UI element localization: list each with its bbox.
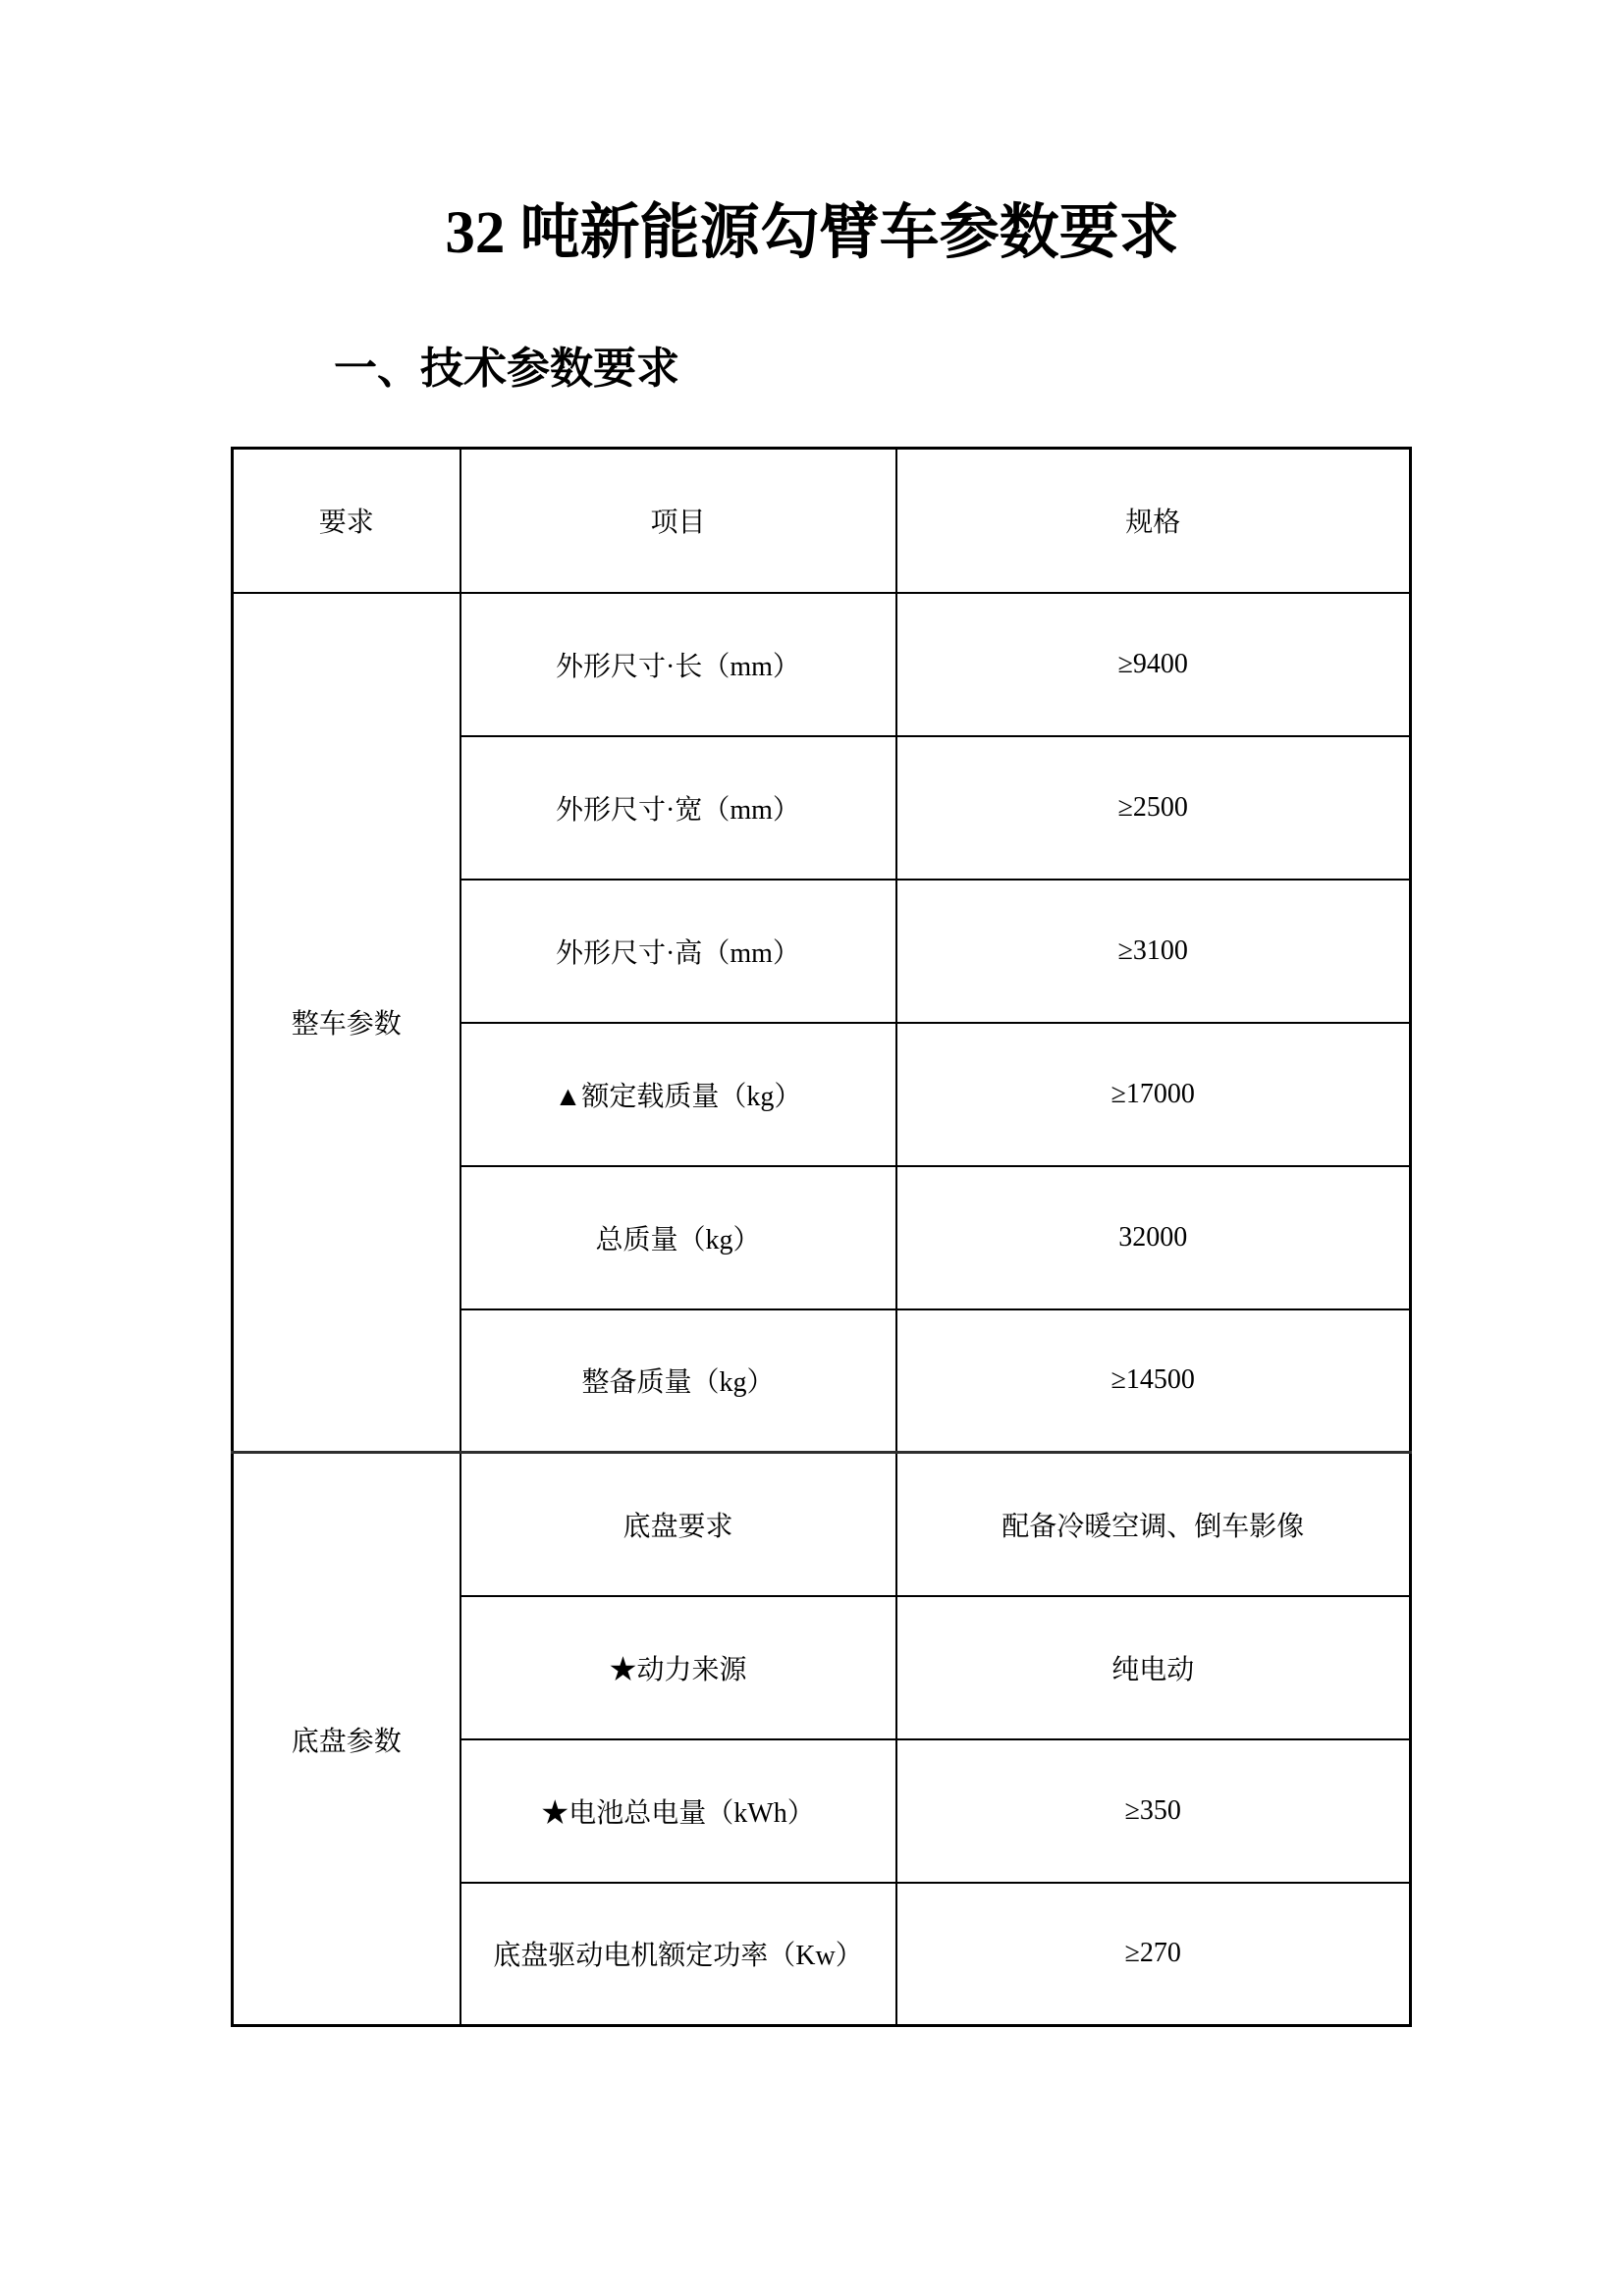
item-cell: 外形尺寸·高（mm） [460, 880, 896, 1023]
item-cell: 底盘要求 [460, 1453, 896, 1596]
item-cell: 外形尺寸·宽（mm） [460, 736, 896, 880]
spec-cell: ≥3100 [896, 880, 1411, 1023]
table-header-row: 要求 项目 规格 [233, 449, 1411, 593]
item-cell: ▲额定载质量（kg） [460, 1023, 896, 1166]
spec-cell: ≥2500 [896, 736, 1411, 880]
document-title: 32 吨新能源勾臂车参数要求 [0, 199, 1624, 268]
section-heading: 一、技术参数要求 [334, 344, 679, 396]
item-cell: ★电池总电量（kWh） [460, 1739, 896, 1883]
document-page: 32 吨新能源勾臂车参数要求 一、技术参数要求 要求 项目 规格 整车参数外形尺… [0, 0, 1624, 2296]
spec-cell: 纯电动 [896, 1596, 1411, 1739]
spec-table-body: 整车参数外形尺寸·长（mm）≥9400外形尺寸·宽（mm）≥2500外形尺寸·高… [233, 593, 1411, 2026]
spec-cell: 配备冷暖空调、倒车影像 [896, 1453, 1411, 1596]
header-cell-spec: 规格 [896, 449, 1411, 593]
table-row: 底盘参数底盘要求配备冷暖空调、倒车影像 [233, 1453, 1411, 1596]
requirement-group-cell: 底盘参数 [233, 1453, 460, 2026]
spec-cell: ≥9400 [896, 593, 1411, 736]
header-cell-requirement: 要求 [233, 449, 460, 593]
item-cell: ★动力来源 [460, 1596, 896, 1739]
item-cell: 底盘驱动电机额定功率（Kw） [460, 1883, 896, 2026]
spec-cell: ≥14500 [896, 1309, 1411, 1453]
spec-cell: ≥270 [896, 1883, 1411, 2026]
spec-cell: ≥350 [896, 1739, 1411, 1883]
spec-table-header: 要求 项目 规格 [233, 449, 1411, 593]
requirement-group-cell: 整车参数 [233, 593, 460, 1453]
item-cell: 外形尺寸·长（mm） [460, 593, 896, 736]
table-row: 整车参数外形尺寸·长（mm）≥9400 [233, 593, 1411, 736]
item-cell: 整备质量（kg） [460, 1309, 896, 1453]
spec-cell: 32000 [896, 1166, 1411, 1309]
header-cell-item: 项目 [460, 449, 896, 593]
item-cell: 总质量（kg） [460, 1166, 896, 1309]
spec-cell: ≥17000 [896, 1023, 1411, 1166]
spec-table: 要求 项目 规格 整车参数外形尺寸·长（mm）≥9400外形尺寸·宽（mm）≥2… [231, 447, 1412, 2027]
